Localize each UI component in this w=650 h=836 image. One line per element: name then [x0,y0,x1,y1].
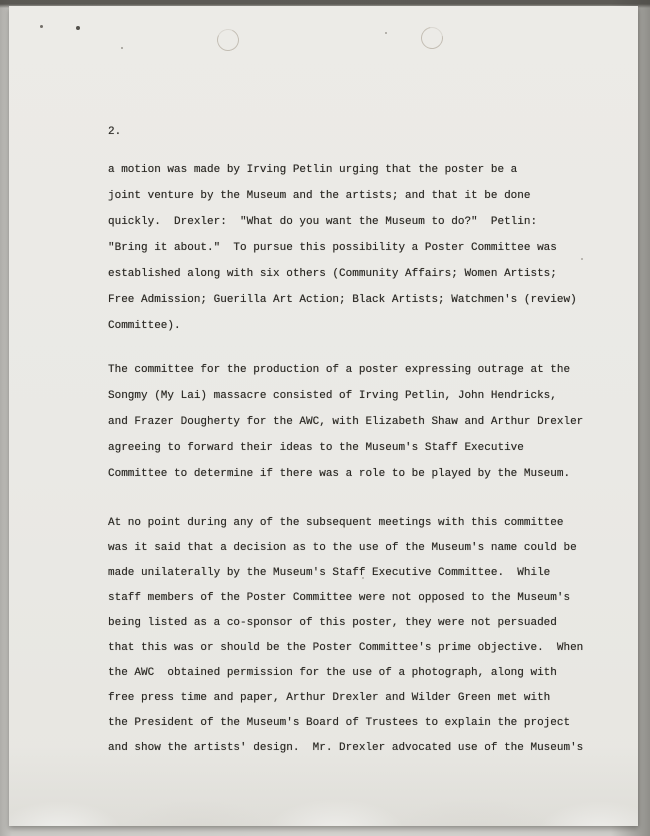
text-line: Committee). [108,313,577,339]
text-line: that this was or should be the Poster Co… [108,636,583,661]
dust-speck [581,258,583,260]
paragraph-1: a motion was made by Irving Petlin urgin… [108,157,577,339]
paper-bottom-shading [9,746,638,826]
text-line: was it said that a decision as to the us… [108,536,583,561]
text-line: made unilaterally by the Museum's Staff … [108,561,583,586]
text-line: Songmy (My Lai) massacre consisted of Ir… [108,383,583,409]
dust-speck [76,26,80,30]
text-line: Free Admission; Guerilla Art Action; Bla… [108,287,577,313]
dust-speck [40,25,43,28]
text-line: joint venture by the Museum and the arti… [108,183,577,209]
text-line: and Frazer Dougherty for the AWC, with E… [108,409,583,435]
text-line: quickly. Drexler: "What do you want the … [108,209,577,235]
text-line: the President of the Museum's Board of T… [108,711,583,736]
text-line: "Bring it about." To pursue this possibi… [108,235,577,261]
paragraph-2: The committee for the production of a po… [108,357,583,487]
text-line: a motion was made by Irving Petlin urgin… [108,157,577,183]
text-line: free press time and paper, Arthur Drexle… [108,686,583,711]
text-line: The committee for the production of a po… [108,357,583,383]
text-line: agreeing to forward their ideas to the M… [108,435,583,461]
text-line: Committee to determine if there was a ro… [108,461,583,487]
punch-ring-mark-right-icon [417,23,448,54]
text-line: staff members of the Poster Committee we… [108,586,583,611]
punch-ring-mark-left-icon [214,26,242,54]
text-line: being listed as a co-sponsor of this pos… [108,611,583,636]
scan-background: 2. a motion was made by Irving Petlin ur… [0,0,650,836]
text-line: At no point during any of the subsequent… [108,511,583,536]
document-page: 2. a motion was made by Irving Petlin ur… [9,6,638,826]
page-number: 2. [108,119,121,145]
paragraph-3: At no point during any of the subsequent… [108,511,583,761]
text-line: established along with six others (Commu… [108,261,577,287]
dust-speck [121,47,123,49]
text-line: the AWC obtained permission for the use … [108,661,583,686]
dust-speck [385,32,387,34]
